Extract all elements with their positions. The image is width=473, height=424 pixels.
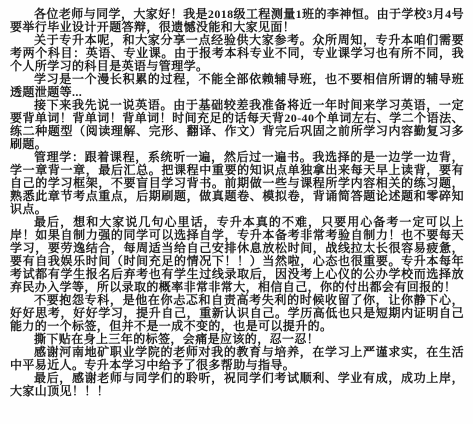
- paragraph-exam-subjects: 关于专升本呢，和大家分享一点经验供大家参考。众所周知，专升本咱们需要考两个科目：…: [10, 34, 464, 73]
- paragraph-closing: 最后，感谢老师与同学们的聆听，祝同学们考试顺利、学业有成，成功上岸，大家山顶见！…: [10, 372, 464, 398]
- paragraph-study-process: 学习是一个漫长积累的过程，不能全部依赖辅导班，也不要相信所谓的辅导班透题泄题等.…: [10, 73, 464, 99]
- paragraph-heart-words: 最后，想和大家说几句心里话，专升本真的不难，只要用心备考一定可以上岸！如果自制力…: [10, 216, 464, 294]
- paragraph-thanks-college: 感谢河南地矿职业学院的老师对我的教育与培养，在学习上严谨求实，在生活中平易近人。…: [10, 346, 464, 372]
- paragraph-english-study: 接下来我先说一说英语。由于基础较差我准备将近一年时间来学习英语，一定要背单词！背…: [10, 99, 464, 151]
- paragraph-management-study: 管理学：跟着课程，系统听一遍，然后过一遍书。我选择的是一边学一边背，学一章背一章…: [10, 151, 464, 216]
- paragraph-greeting: 各位老师与同学，大家好！我是2018级工程测量1班的李神恒。由于学校3月4号要举…: [10, 8, 464, 34]
- document-text-body: 各位老师与同学，大家好！我是2018级工程测量1班的李神恒。由于学校3月4号要举…: [10, 8, 464, 398]
- paragraph-no-complaints: 不要抱怨专科，是他在你忐忑和自责高考失利的时候收留了你，让你静下心，好好思考，好…: [10, 294, 464, 333]
- document-page: 各位老师与同学，大家好！我是2018级工程测量1班的李神恒。由于学校3月4号要举…: [0, 0, 473, 424]
